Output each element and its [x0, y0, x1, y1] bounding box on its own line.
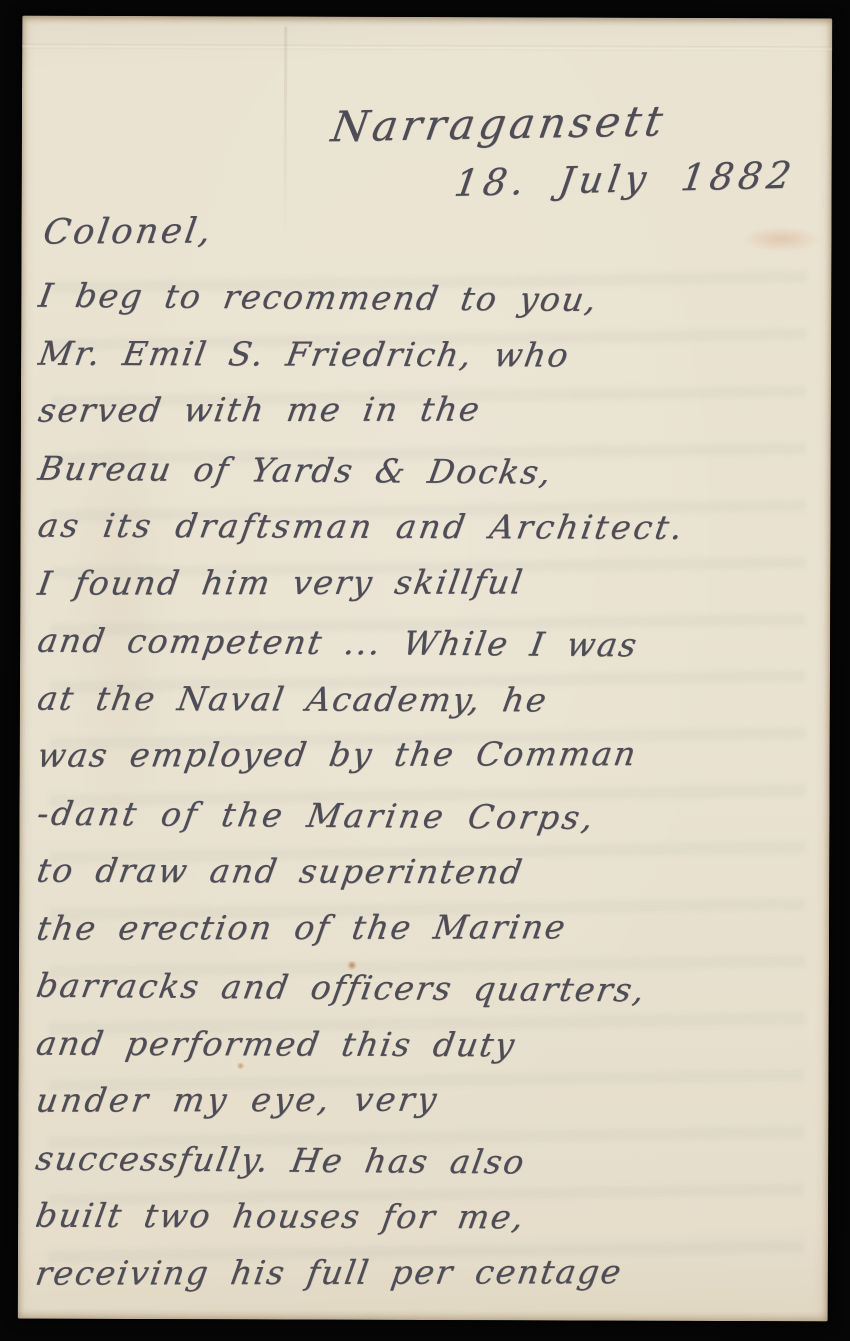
letter-body: I beg to recommend to you,Mr. Emil S. Fr…	[36, 267, 818, 1305]
handwritten-line: Bureau of Yards & Docks,	[34, 439, 821, 503]
age-stain	[741, 226, 821, 252]
letter-place: Narragansett	[328, 96, 670, 151]
handwritten-line: at the Naval Academy, he	[33, 669, 820, 729]
handwritten-line: the erection of the Marine	[33, 897, 821, 957]
handwritten-line: built two houses for me,	[31, 1187, 818, 1247]
handwritten-line: I found him very skillful	[34, 552, 822, 612]
handwritten-line: I beg to recommend to you,	[35, 267, 822, 331]
letter-date: 18. July 1882	[452, 153, 799, 205]
handwritten-line: receiving his full per centage	[31, 1242, 819, 1302]
fold-crease-vertical	[283, 27, 287, 242]
fold-crease-horizontal	[22, 44, 832, 52]
handwritten-line: served with me in the	[34, 380, 822, 440]
handwritten-line: was employed by the Comman	[33, 725, 821, 785]
handwritten-line: and competent ... While I was	[33, 612, 820, 676]
handwritten-line: under my eye, very	[32, 1070, 820, 1130]
handwritten-line: -dant of the Marine Corps,	[33, 784, 820, 848]
handwritten-line: barracks and officers quarters,	[32, 957, 819, 1021]
handwritten-line: Mr. Emil S. Friedrich, who	[34, 324, 821, 384]
handwritten-line: and performed this duty	[32, 1014, 819, 1074]
letter-page: Narragansett 18. July 1882 Colonel, I be…	[18, 16, 833, 1322]
handwritten-line: to draw and superintend	[33, 842, 820, 902]
handwritten-line: as its draftsman and Architect.	[34, 497, 821, 557]
handwritten-line: successfully. He has also	[32, 1129, 819, 1193]
letter-salutation: Colonel,	[40, 211, 216, 252]
